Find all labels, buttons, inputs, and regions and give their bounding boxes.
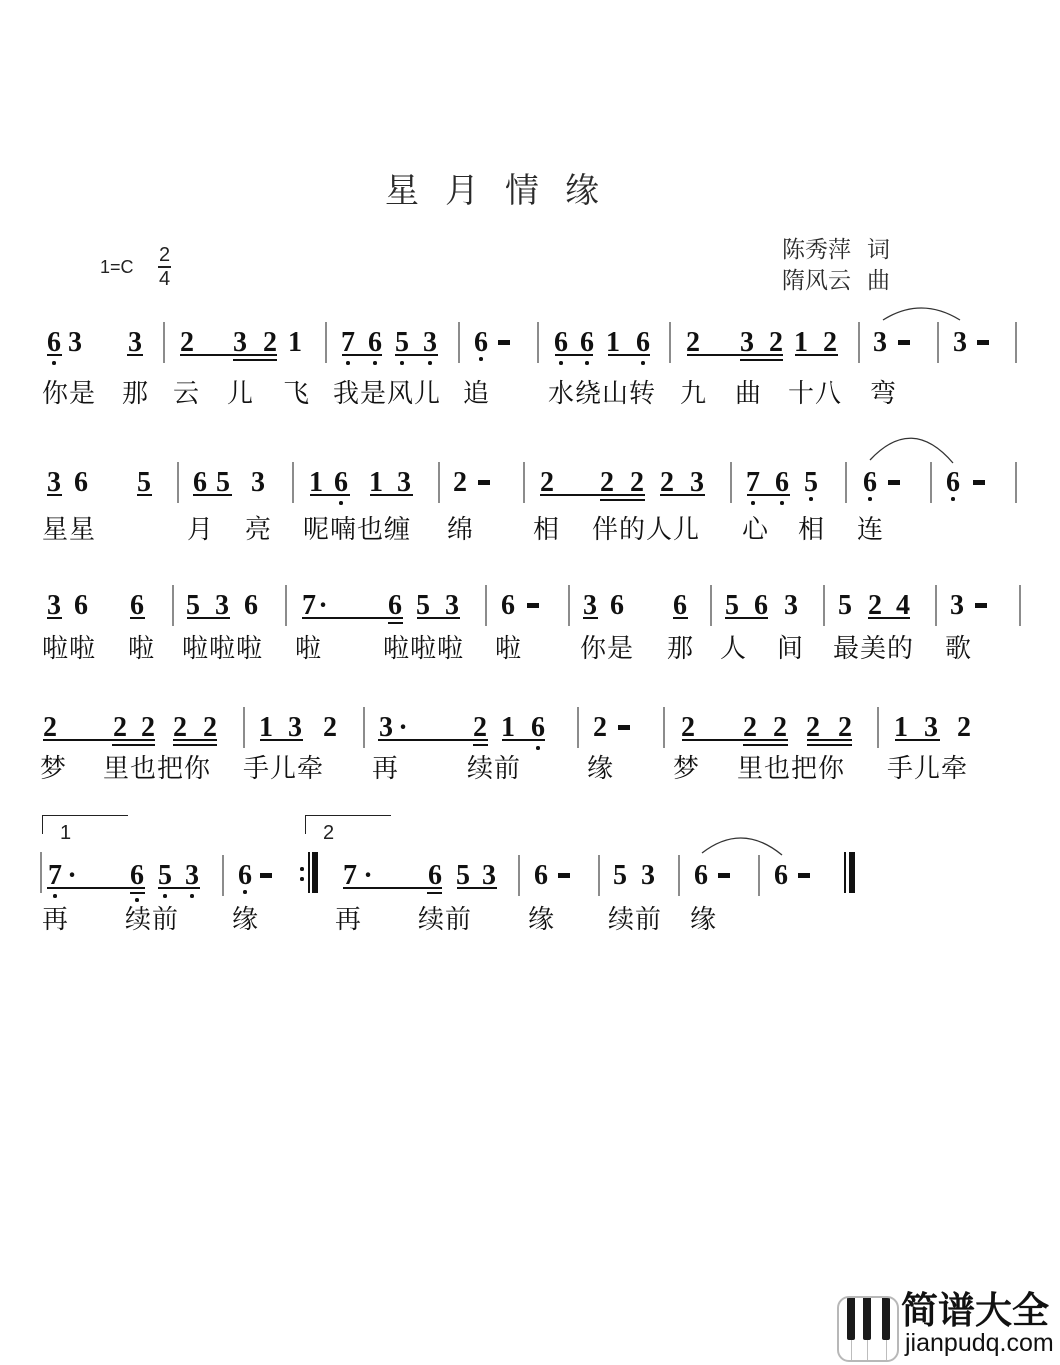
note: 3 bbox=[184, 862, 200, 890]
note: 3 bbox=[127, 329, 143, 357]
note: 1 bbox=[258, 714, 274, 742]
beam-underline bbox=[158, 887, 200, 889]
lyric-word: 水绕山转 bbox=[548, 381, 656, 407]
lyric-word: 手儿牵 bbox=[887, 756, 968, 782]
barline bbox=[285, 585, 287, 626]
note: 3 bbox=[783, 592, 799, 620]
beam-underline bbox=[47, 887, 145, 889]
octave-dot-below bbox=[809, 497, 813, 501]
barline bbox=[877, 707, 879, 748]
barline bbox=[598, 855, 600, 896]
note: 3 bbox=[214, 592, 230, 620]
note: 2 bbox=[685, 329, 701, 357]
note: 1 bbox=[793, 329, 809, 357]
note: 2 bbox=[867, 592, 883, 620]
barline bbox=[930, 462, 932, 503]
note: 2 bbox=[172, 714, 188, 742]
barline bbox=[730, 462, 732, 503]
note: 5 bbox=[724, 592, 740, 620]
song-title: 星月情缘 bbox=[385, 173, 625, 209]
tie-arc bbox=[883, 308, 960, 320]
beam-underline-double bbox=[473, 744, 488, 746]
beam-underline bbox=[747, 494, 790, 496]
lyric-word: 弯 bbox=[870, 381, 897, 407]
lyric-word: 星星 bbox=[42, 517, 96, 543]
barline bbox=[937, 322, 939, 363]
note: 6 bbox=[530, 714, 546, 742]
extension-dash: - bbox=[977, 329, 989, 357]
beam-underline bbox=[868, 617, 910, 619]
note: 6 bbox=[129, 592, 145, 620]
note: 2 bbox=[322, 714, 338, 742]
barline bbox=[222, 855, 224, 896]
note: 2 bbox=[262, 329, 278, 357]
note: 6 bbox=[243, 592, 259, 620]
volta-bracket-2: 2 bbox=[305, 815, 391, 834]
note: 6 bbox=[579, 329, 595, 357]
beam-underline-double bbox=[233, 359, 277, 361]
composer-role: 曲 bbox=[867, 269, 890, 293]
lyric-word: 那 bbox=[667, 636, 694, 662]
octave-dot-below bbox=[135, 898, 139, 902]
beam-underline-double bbox=[743, 744, 788, 746]
composer-name: 隋风云 bbox=[782, 269, 851, 293]
octave-dot-below bbox=[190, 894, 194, 898]
note: 3 bbox=[287, 714, 303, 742]
beam-underline bbox=[673, 617, 688, 619]
note: 3 bbox=[250, 469, 266, 497]
octave-dot-below bbox=[868, 497, 872, 501]
beam-underline bbox=[193, 494, 232, 496]
lyric-word: 我是风儿 bbox=[333, 381, 441, 407]
note: 3 bbox=[872, 329, 888, 357]
lyric-word: 连 bbox=[857, 517, 884, 543]
extension-dash: - bbox=[975, 592, 987, 620]
note: 6 bbox=[693, 862, 709, 890]
note: 3 bbox=[582, 592, 598, 620]
note: 3 bbox=[422, 329, 438, 357]
barline bbox=[935, 585, 937, 626]
barline bbox=[163, 322, 165, 363]
barline bbox=[845, 462, 847, 503]
barline bbox=[177, 462, 179, 503]
note: 6 bbox=[609, 592, 625, 620]
note: 2 bbox=[822, 329, 838, 357]
lyric-word: 梦 bbox=[673, 756, 700, 782]
beam-underline bbox=[43, 739, 155, 741]
lyric-word: 飞 bbox=[283, 381, 310, 407]
beam-underline bbox=[137, 494, 152, 496]
augmentation-dot: · bbox=[363, 862, 373, 890]
barline bbox=[485, 585, 487, 626]
lyric-word: 缘 bbox=[232, 907, 259, 933]
lyric-word: 啦 bbox=[128, 636, 155, 662]
octave-dot-below bbox=[585, 361, 589, 365]
extension-dash: - bbox=[618, 714, 630, 742]
beam-underline bbox=[417, 617, 460, 619]
note: 3 bbox=[378, 714, 394, 742]
lyric-word: 你是 bbox=[580, 636, 634, 662]
lyric-word: 啦 bbox=[495, 636, 522, 662]
black-key bbox=[847, 1298, 855, 1340]
lyric-word: 云 bbox=[173, 381, 200, 407]
lyric-word: 手儿牵 bbox=[243, 756, 324, 782]
octave-dot-below bbox=[53, 894, 57, 898]
note: 1 bbox=[368, 469, 384, 497]
note: 3 bbox=[923, 714, 939, 742]
note: 7 bbox=[47, 862, 63, 890]
extension-dash: - bbox=[498, 329, 510, 357]
staff-row-1: 6 3 3 2 3 2 1 7 6 5 3 6 - 6 6 bbox=[0, 329, 1060, 369]
beam-underline bbox=[583, 617, 598, 619]
note: 5 bbox=[415, 592, 431, 620]
beam-underline bbox=[260, 739, 303, 741]
barline bbox=[537, 322, 539, 363]
staff-row-4: 2 2 2 2 2 1 3 2 3 · 2 1 6 2 - 2 2 2 2 bbox=[0, 714, 1060, 754]
note: 2 bbox=[805, 714, 821, 742]
key-signature: 1=C bbox=[100, 258, 134, 276]
lyrics-row-1: 你是 那 云 儿 飞 我是风儿 追 水绕山转 九 曲 十八 弯 bbox=[0, 381, 1060, 411]
note: 1 bbox=[605, 329, 621, 357]
note: 1 bbox=[893, 714, 909, 742]
time-signature-denominator: 4 bbox=[157, 269, 172, 289]
note: 3 bbox=[46, 469, 62, 497]
note: 3 bbox=[396, 469, 412, 497]
time-signature-numerator: 2 bbox=[157, 245, 172, 265]
barline bbox=[292, 462, 294, 503]
note: 7 bbox=[301, 592, 317, 620]
note: 6 bbox=[774, 469, 790, 497]
lyric-word: 相 bbox=[533, 517, 560, 543]
beam-underline bbox=[682, 739, 788, 741]
logo-site-url: jianpudq.com bbox=[905, 1330, 1054, 1356]
tie-arc bbox=[702, 838, 782, 855]
extension-dash: - bbox=[973, 469, 985, 497]
beam-underline-double bbox=[427, 892, 442, 894]
note: 6 bbox=[73, 592, 89, 620]
volta-label: 1 bbox=[60, 823, 71, 843]
beam-underline bbox=[555, 354, 593, 356]
note: 5 bbox=[136, 469, 152, 497]
note: 6 bbox=[473, 329, 489, 357]
beam-underline bbox=[47, 617, 62, 619]
octave-dot-below bbox=[400, 361, 404, 365]
note: 2 bbox=[140, 714, 156, 742]
barline bbox=[243, 707, 245, 748]
lyric-word: 追 bbox=[463, 381, 490, 407]
staff-row-2: 3 6 5 6 5 3 1 6 1 3 2 - 2 2 2 2 3 7 bbox=[0, 469, 1060, 509]
note: 2 bbox=[742, 714, 758, 742]
note: 6 bbox=[427, 862, 443, 890]
octave-dot-below bbox=[780, 501, 784, 505]
note: 6 bbox=[753, 592, 769, 620]
note: 6 bbox=[192, 469, 208, 497]
lyrics-row-4: 梦 里也把你 手儿牵 再 续前 缘 梦 里也把你 手儿牵 bbox=[0, 756, 1060, 786]
note: 3 bbox=[232, 329, 248, 357]
note: 2 bbox=[768, 329, 784, 357]
extension-dash: - bbox=[718, 862, 730, 890]
note: 2 bbox=[112, 714, 128, 742]
beam-underline bbox=[130, 617, 145, 619]
extension-dash: - bbox=[558, 862, 570, 890]
note: 3 bbox=[640, 862, 656, 890]
tie-arc bbox=[870, 438, 953, 463]
lyrics-row-5: 再 续前 缘 再 续前 缘 续前 缘 bbox=[0, 907, 1060, 937]
lyric-word: 啦啦啦 bbox=[182, 636, 263, 662]
note: 3 bbox=[689, 469, 705, 497]
octave-dot-below bbox=[479, 357, 483, 361]
repeat-dot bbox=[300, 877, 304, 881]
note: 7 bbox=[745, 469, 761, 497]
note: 6 bbox=[773, 862, 789, 890]
octave-dot-below bbox=[951, 497, 955, 501]
note: 6 bbox=[862, 469, 878, 497]
note: 3 bbox=[739, 329, 755, 357]
lyric-word: 人 bbox=[720, 636, 747, 662]
beam-underline bbox=[457, 887, 497, 889]
note: 2 bbox=[539, 469, 555, 497]
extension-dash: - bbox=[527, 592, 539, 620]
beam-underline bbox=[127, 354, 143, 356]
note: 5 bbox=[394, 329, 410, 357]
note: 7 bbox=[342, 862, 358, 890]
note: 2 bbox=[772, 714, 788, 742]
note: 3 bbox=[46, 592, 62, 620]
beam-underline-double bbox=[130, 892, 145, 894]
piano-keys-icon bbox=[837, 1296, 899, 1362]
lyric-word: 缘 bbox=[587, 756, 614, 782]
octave-dot-below bbox=[163, 894, 167, 898]
note: 6 bbox=[945, 469, 961, 497]
extension-dash: - bbox=[898, 329, 910, 357]
lyric-word: 你是 bbox=[42, 381, 96, 407]
beam-underline bbox=[302, 617, 403, 619]
barline bbox=[710, 585, 712, 626]
lyric-word: 续前 bbox=[125, 907, 179, 933]
note: 5 bbox=[837, 592, 853, 620]
note: 6 bbox=[500, 592, 516, 620]
augmentation-dot: · bbox=[67, 862, 77, 890]
note: 6 bbox=[635, 329, 651, 357]
lyric-word: 缘 bbox=[528, 907, 555, 933]
barline bbox=[568, 585, 570, 626]
note: 5 bbox=[612, 862, 628, 890]
final-barline-thick bbox=[849, 852, 855, 893]
note: 2 bbox=[42, 714, 58, 742]
beam-underline-double bbox=[388, 622, 403, 624]
beam-underline bbox=[502, 739, 545, 741]
beam-underline bbox=[342, 354, 382, 356]
black-key bbox=[863, 1298, 871, 1340]
note: 1 bbox=[308, 469, 324, 497]
lyric-word: 曲 bbox=[735, 381, 762, 407]
extension-dash: - bbox=[478, 469, 490, 497]
note: 2 bbox=[680, 714, 696, 742]
beam-underline bbox=[47, 494, 62, 496]
octave-dot-below bbox=[641, 361, 645, 365]
lyric-word: 啦 bbox=[295, 636, 322, 662]
lyrics-row-2: 星星 月 亮 呢喃也缠 绵 相 伴的人儿 心 相 连 bbox=[0, 517, 1060, 547]
note: 5 bbox=[455, 862, 471, 890]
note: 6 bbox=[333, 469, 349, 497]
beam-underline bbox=[395, 354, 438, 356]
note: 3 bbox=[952, 329, 968, 357]
note: 6 bbox=[129, 862, 145, 890]
octave-dot-below bbox=[751, 501, 755, 505]
note: 5 bbox=[157, 862, 173, 890]
octave-dot-below bbox=[52, 361, 56, 365]
note: 1 bbox=[287, 329, 303, 357]
note: 2 bbox=[472, 714, 488, 742]
lyric-word: 月 bbox=[187, 517, 214, 543]
barline bbox=[363, 707, 365, 748]
note: 4 bbox=[895, 592, 911, 620]
extension-dash: - bbox=[260, 862, 272, 890]
barline bbox=[823, 585, 825, 626]
barline bbox=[458, 322, 460, 363]
note: 2 bbox=[592, 714, 608, 742]
lyric-word: 呢喃也缠 bbox=[303, 517, 411, 543]
repeat-barline-thick bbox=[312, 852, 318, 893]
beam-underline-double bbox=[740, 359, 783, 361]
note: 7 bbox=[340, 329, 356, 357]
beam-underline-double bbox=[600, 499, 645, 501]
note: 6 bbox=[387, 592, 403, 620]
barline bbox=[1019, 585, 1021, 626]
lyric-word: 再 bbox=[335, 907, 362, 933]
barline bbox=[758, 855, 760, 896]
octave-dot-below bbox=[373, 361, 377, 365]
lyric-word: 缘 bbox=[690, 907, 717, 933]
note: 1 bbox=[500, 714, 516, 742]
augmentation-dot: · bbox=[398, 714, 408, 742]
volta-bracket-1: 1 bbox=[42, 815, 128, 834]
barline bbox=[438, 462, 440, 503]
lyric-word: 续前 bbox=[608, 907, 662, 933]
note: 3 bbox=[949, 592, 965, 620]
lyric-word: 续前 bbox=[418, 907, 472, 933]
staff-row-3: 3 6 6 5 3 6 7 · 6 5 3 6 - 3 6 6 5 6 3 bbox=[0, 592, 1060, 632]
lyric-word: 九 bbox=[680, 381, 707, 407]
beam-underline-double bbox=[112, 744, 155, 746]
lyric-word: 亮 bbox=[245, 517, 272, 543]
barline bbox=[678, 855, 680, 896]
octave-dot-below bbox=[536, 746, 540, 750]
lyric-word: 心 bbox=[742, 517, 769, 543]
barline bbox=[172, 585, 174, 626]
beam-underline bbox=[687, 354, 783, 356]
lyric-word: 再 bbox=[42, 907, 69, 933]
lyric-word: 间 bbox=[777, 636, 804, 662]
barline bbox=[663, 707, 665, 748]
beam-underline bbox=[795, 354, 838, 356]
note: 2 bbox=[956, 714, 972, 742]
note: 6 bbox=[533, 862, 549, 890]
beam-underline bbox=[173, 739, 217, 741]
beam-underline bbox=[47, 354, 62, 356]
lyric-word: 里也把你 bbox=[103, 756, 211, 782]
lyricist-name: 陈秀萍 bbox=[782, 238, 851, 262]
beam-underline bbox=[608, 354, 650, 356]
lyric-word: 啦啦啦 bbox=[383, 636, 464, 662]
lyric-word: 最美的 bbox=[833, 636, 914, 662]
lyric-word: 相 bbox=[798, 517, 825, 543]
beam-underline bbox=[180, 354, 277, 356]
lyric-word: 歌 bbox=[945, 636, 972, 662]
lyrics-row-3: 啦啦 啦 啦啦啦 啦 啦啦啦 啦 你是 那 人 间 最美的 歌 bbox=[0, 636, 1060, 666]
octave-dot-below bbox=[346, 361, 350, 365]
octave-dot-below bbox=[428, 361, 432, 365]
beam-underline bbox=[807, 739, 852, 741]
volta-label: 2 bbox=[323, 823, 334, 843]
lyric-word: 绵 bbox=[447, 517, 474, 543]
note: 5 bbox=[215, 469, 231, 497]
lyric-word: 伴的人儿 bbox=[592, 517, 700, 543]
note: 2 bbox=[837, 714, 853, 742]
white-key-divider bbox=[886, 1340, 887, 1362]
black-key bbox=[882, 1298, 890, 1340]
barline bbox=[325, 322, 327, 363]
augmentation-dot: · bbox=[318, 592, 328, 620]
final-barline-thin bbox=[844, 852, 846, 893]
note: 2 bbox=[629, 469, 645, 497]
logo-title: 简谱大全 bbox=[901, 1292, 1049, 1330]
beam-underline-double bbox=[807, 744, 852, 746]
lyric-word: 那 bbox=[122, 381, 149, 407]
lyric-word: 再 bbox=[372, 756, 399, 782]
lyric-word: 啦啦 bbox=[42, 636, 96, 662]
lyricist-role: 词 bbox=[867, 238, 890, 262]
barline bbox=[40, 852, 42, 893]
repeat-barline-thin bbox=[308, 852, 310, 893]
note: 6 bbox=[672, 592, 688, 620]
beam-underline bbox=[660, 494, 705, 496]
beam-underline bbox=[725, 617, 768, 619]
staff-row-5: 7 · 6 5 3 6 - 7 · 6 5 3 6 - 5 bbox=[0, 862, 1060, 902]
beam-underline bbox=[187, 617, 230, 619]
note: 5 bbox=[185, 592, 201, 620]
beam-underline-double bbox=[173, 744, 217, 746]
note: 6 bbox=[46, 329, 62, 357]
note: 2 bbox=[202, 714, 218, 742]
barline bbox=[577, 707, 579, 748]
note: 5 bbox=[803, 469, 819, 497]
barline bbox=[518, 855, 520, 896]
note: 3 bbox=[481, 862, 497, 890]
lyric-word: 儿 bbox=[227, 381, 254, 407]
lyric-word: 梦 bbox=[40, 756, 67, 782]
note: 2 bbox=[179, 329, 195, 357]
note: 3 bbox=[67, 329, 83, 357]
repeat-dot bbox=[300, 867, 304, 871]
barline bbox=[1015, 462, 1017, 503]
beam-underline bbox=[895, 739, 940, 741]
note: 2 bbox=[659, 469, 675, 497]
beam-underline bbox=[343, 887, 442, 889]
lyric-word: 里也把你 bbox=[737, 756, 845, 782]
barline bbox=[858, 322, 860, 363]
white-key-divider bbox=[851, 1340, 852, 1362]
barline bbox=[1015, 322, 1017, 363]
white-key-divider bbox=[867, 1340, 868, 1362]
note: 3 bbox=[444, 592, 460, 620]
beam-underline bbox=[370, 494, 413, 496]
note: 2 bbox=[599, 469, 615, 497]
octave-dot-below bbox=[339, 501, 343, 505]
barline bbox=[523, 462, 525, 503]
octave-dot-below bbox=[243, 890, 247, 894]
lyric-word: 续前 bbox=[467, 756, 521, 782]
